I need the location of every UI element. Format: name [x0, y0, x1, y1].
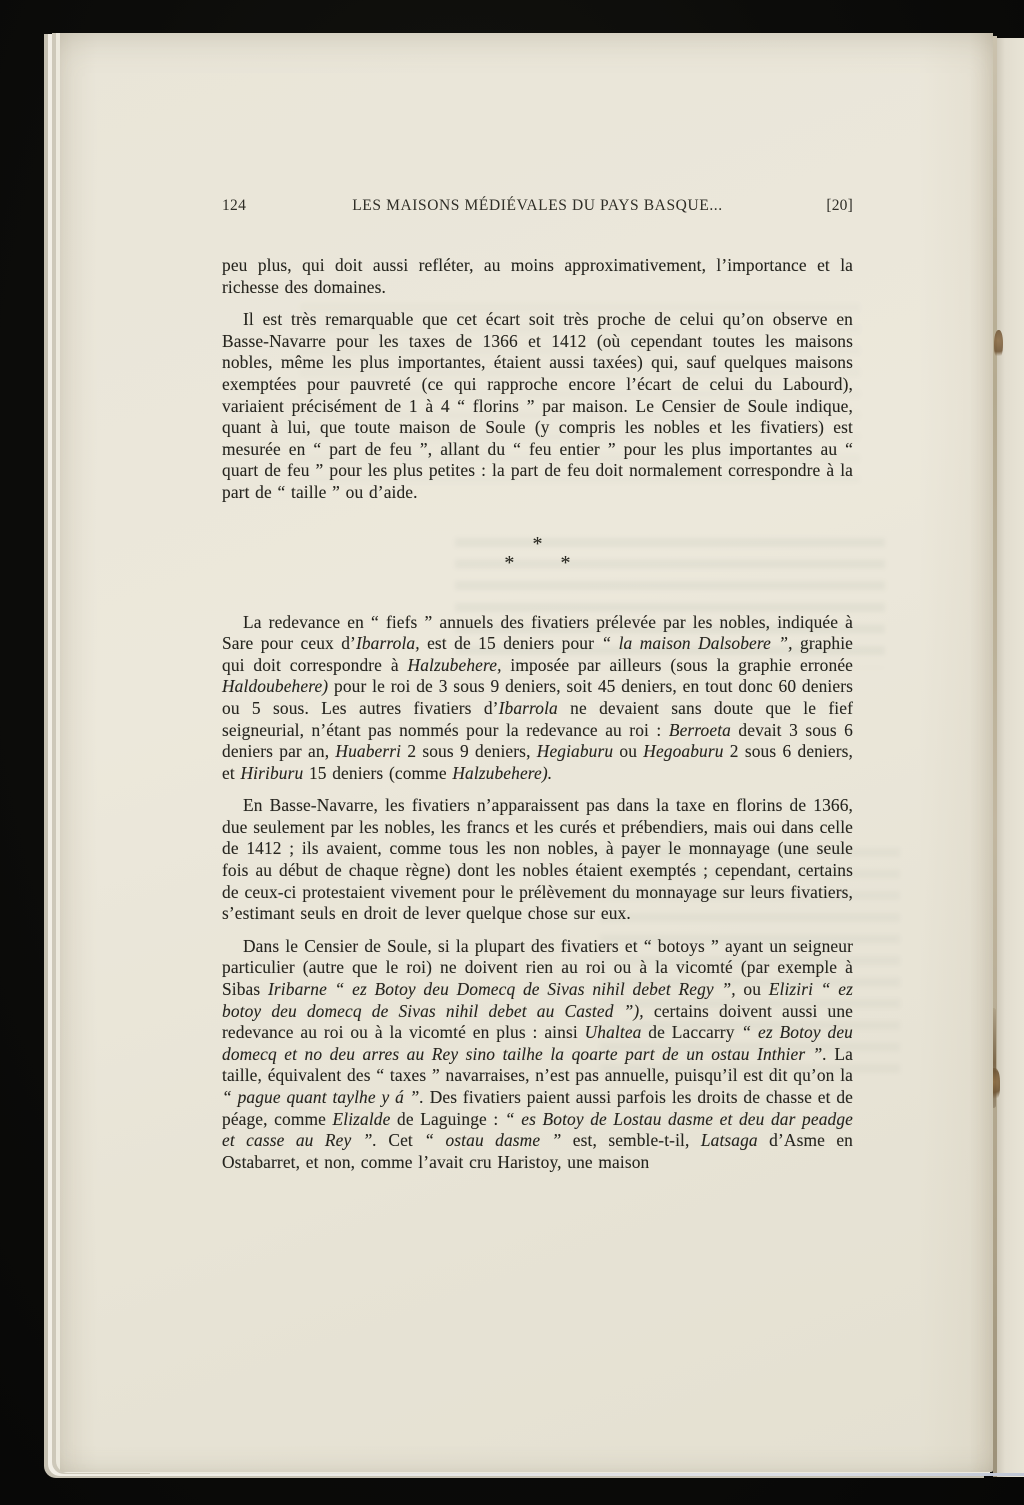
text-segment: “ pague quant taylhe y á ”.	[222, 1087, 424, 1107]
body-text: peu plus, qui doit aussi refléter, au mo…	[222, 255, 853, 1173]
text-segment: 15 deniers (comme	[303, 763, 452, 783]
text-segment: Halzubehere).	[452, 763, 552, 783]
text-segment: peu plus, qui doit aussi refléter, au mo…	[222, 255, 853, 297]
paragraph: La redevance en “ fiefs ” annuels des fi…	[222, 612, 853, 785]
text-segment: 2 sous 9 deniers,	[401, 741, 537, 761]
page-fore-edge-highlight	[150, 1473, 1024, 1476]
text-segment: Haldoubehere)	[222, 676, 328, 696]
text-segment: Iribarne “ ez Botoy deu Domecq de Sivas …	[268, 979, 736, 999]
asterisk: *	[532, 533, 542, 555]
book-page: 124 LES MAISONS MÉDIÉVALES DU PAYS BASQU…	[60, 33, 993, 1472]
text-segment: Halzubehere,	[408, 655, 502, 675]
text-segment: de Laccarry	[641, 1022, 741, 1042]
paragraph: En Basse-Navarre, les fivatiers n’appara…	[222, 795, 853, 925]
text-segment: “ ostau dasme ”	[424, 1130, 561, 1150]
text-segment: est, semble-t-il,	[561, 1130, 700, 1150]
text-segment: En Basse-Navarre, les fivatiers n’appara…	[222, 795, 853, 923]
text-segment: Hiriburu	[240, 763, 303, 783]
text-segment: ou	[613, 741, 643, 761]
text-segment: Huaberri	[335, 741, 401, 761]
asterisk: *	[504, 554, 514, 573]
text-segment: Berroeta	[669, 720, 731, 740]
paragraph: Il est très remarquable que cet écart so…	[222, 309, 853, 503]
text-segment: Latsaga	[701, 1130, 758, 1150]
paragraph: Dans le Censier de Soule, si la plupart …	[222, 936, 853, 1174]
text-segment: Uhaltea	[585, 1022, 642, 1042]
text-segment: Cet	[377, 1130, 424, 1150]
asterisk-separator: ***	[222, 535, 853, 573]
text-segment: “ la maison Dalsobere ”,	[601, 633, 792, 653]
book-photograph: 124 LES MAISONS MÉDIÉVALES DU PAYS BASQU…	[0, 0, 1024, 1505]
page-number: 124	[222, 197, 292, 215]
text-segment: ou	[736, 979, 769, 999]
text-segment: est de 15 deniers pour	[420, 633, 602, 653]
text-segment: imposée par ailleurs (sous la graphie er…	[502, 655, 853, 675]
page-gutter-line	[993, 36, 997, 1477]
asterisk: *	[561, 554, 571, 573]
page-header: 124 LES MAISONS MÉDIÉVALES DU PAYS BASQU…	[222, 197, 853, 215]
text-segment: de Laguinge :	[390, 1109, 504, 1129]
text-segment: Ibarrola,	[356, 633, 420, 653]
running-title: LES MAISONS MÉDIÉVALES DU PAYS BASQUE...	[292, 197, 783, 215]
text-segment: Hegoaburu	[643, 741, 723, 761]
text-segment: Ibarrola	[499, 698, 558, 718]
text-segment: Elizalde	[333, 1109, 391, 1129]
text-segment: Il est très remarquable que cet écart so…	[222, 309, 853, 502]
next-page-edge	[997, 38, 1024, 1477]
paragraph: peu plus, qui doit aussi refléter, au mo…	[222, 255, 853, 298]
text-column: 124 LES MAISONS MÉDIÉVALES DU PAYS BASQU…	[222, 197, 853, 1173]
margin-reference-number: [20]	[783, 197, 853, 215]
text-segment: Hegiaburu	[537, 741, 613, 761]
